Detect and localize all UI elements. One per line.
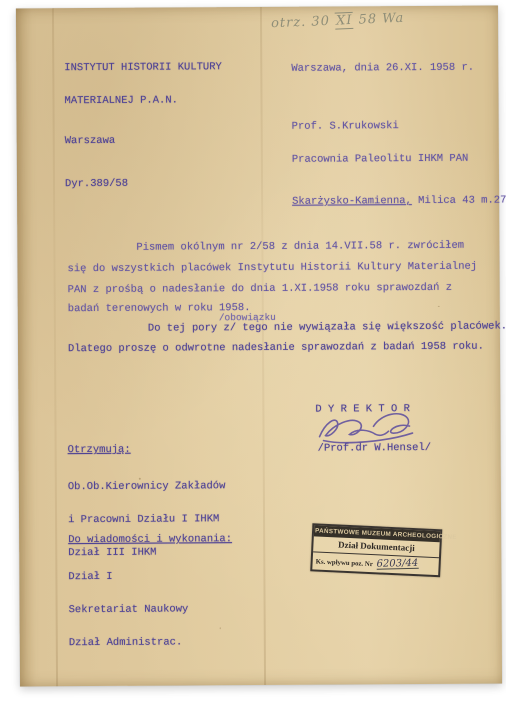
distribution-item: Ob.Ob.Kierownicy Zakładów <box>68 481 226 493</box>
cc-list: Do wiadomości i wykonania: Dział I Sekre… <box>68 512 233 671</box>
recipient-address: Prof. S.Krukowski Pracownia Paleolitu IH… <box>291 98 506 229</box>
recipient-name: Prof. S.Krukowski <box>292 120 506 132</box>
recipient-city: Skarżysko-Kamienna, <box>292 195 412 208</box>
recipient-unit: Pracownia Paleolitu IHKM PAN <box>292 153 506 165</box>
letterhead-org-line2: MATERIALNEJ P.A.N. <box>64 95 222 107</box>
received-note-pre: otrz. 30 <box>271 14 336 32</box>
body-line-3: PAN z prośbą o nadesłanie do dnia 1.XI.1… <box>68 283 452 296</box>
letterhead: INSTYTUT HISTORII KULTURY MATERIALNEJ P.… <box>64 40 223 212</box>
body-line-2: się do wszystkich placówek Instytutu His… <box>67 262 477 276</box>
cc-item: Sekretariat Naukowy <box>69 604 233 616</box>
reference-number: Dyr.389/58 <box>65 178 223 190</box>
cc-heading: Do wiadomości i wykonania: <box>68 534 232 546</box>
received-note-roman-month: XI <box>335 12 354 30</box>
paper-speck <box>438 306 440 307</box>
fold-crease-left <box>52 8 58 686</box>
letter-page: INSTYTUT HISTORII KULTURY MATERIALNEJ P.… <box>16 6 502 687</box>
signature-name: /Prof.dr W.Hensel/ <box>318 443 431 455</box>
body-line-6: Dlatego proszę o odwrotne nadesłanie spr… <box>68 342 484 356</box>
recipient-street: Milica 43 m.27 <box>412 194 506 207</box>
recipient-location: Skarżysko-Kamienna, Milica 43 m.27 <box>292 195 506 207</box>
stamp-register-number-handwritten: 6203/44 <box>377 559 419 570</box>
body-line-5: Do tej pory z/ tego nie wywiązała się wi… <box>148 321 506 334</box>
cc-item: Dział I <box>68 571 232 583</box>
received-note-post: 58 Wa <box>353 11 404 28</box>
cc-item: Dział Administrac. <box>69 637 233 649</box>
distribution-heading: Otrzymują: <box>68 444 226 456</box>
letterhead-city: Warszawa <box>65 135 223 147</box>
stamp-register-label: Ks. wpływu poz. Nr <box>315 559 372 569</box>
body-line-1: Pismem okólnym nr 2/58 z dnia 14.VII.58 … <box>136 241 464 254</box>
handwritten-received-note: otrz. 30 XI 58 Wa <box>271 11 405 31</box>
museum-receipt-stamp: PAŃSTWOWE MUZEUM ARCHEOLOGICZNE Dział Do… <box>310 523 442 577</box>
letterhead-org-line1: INSTYTUT HISTORII KULTURY <box>64 62 222 74</box>
scan-background: INSTYTUT HISTORII KULTURY MATERIALNEJ P.… <box>0 0 506 709</box>
dateline: Warszawa, dnia 26.XI. 1958 r. <box>291 63 474 75</box>
